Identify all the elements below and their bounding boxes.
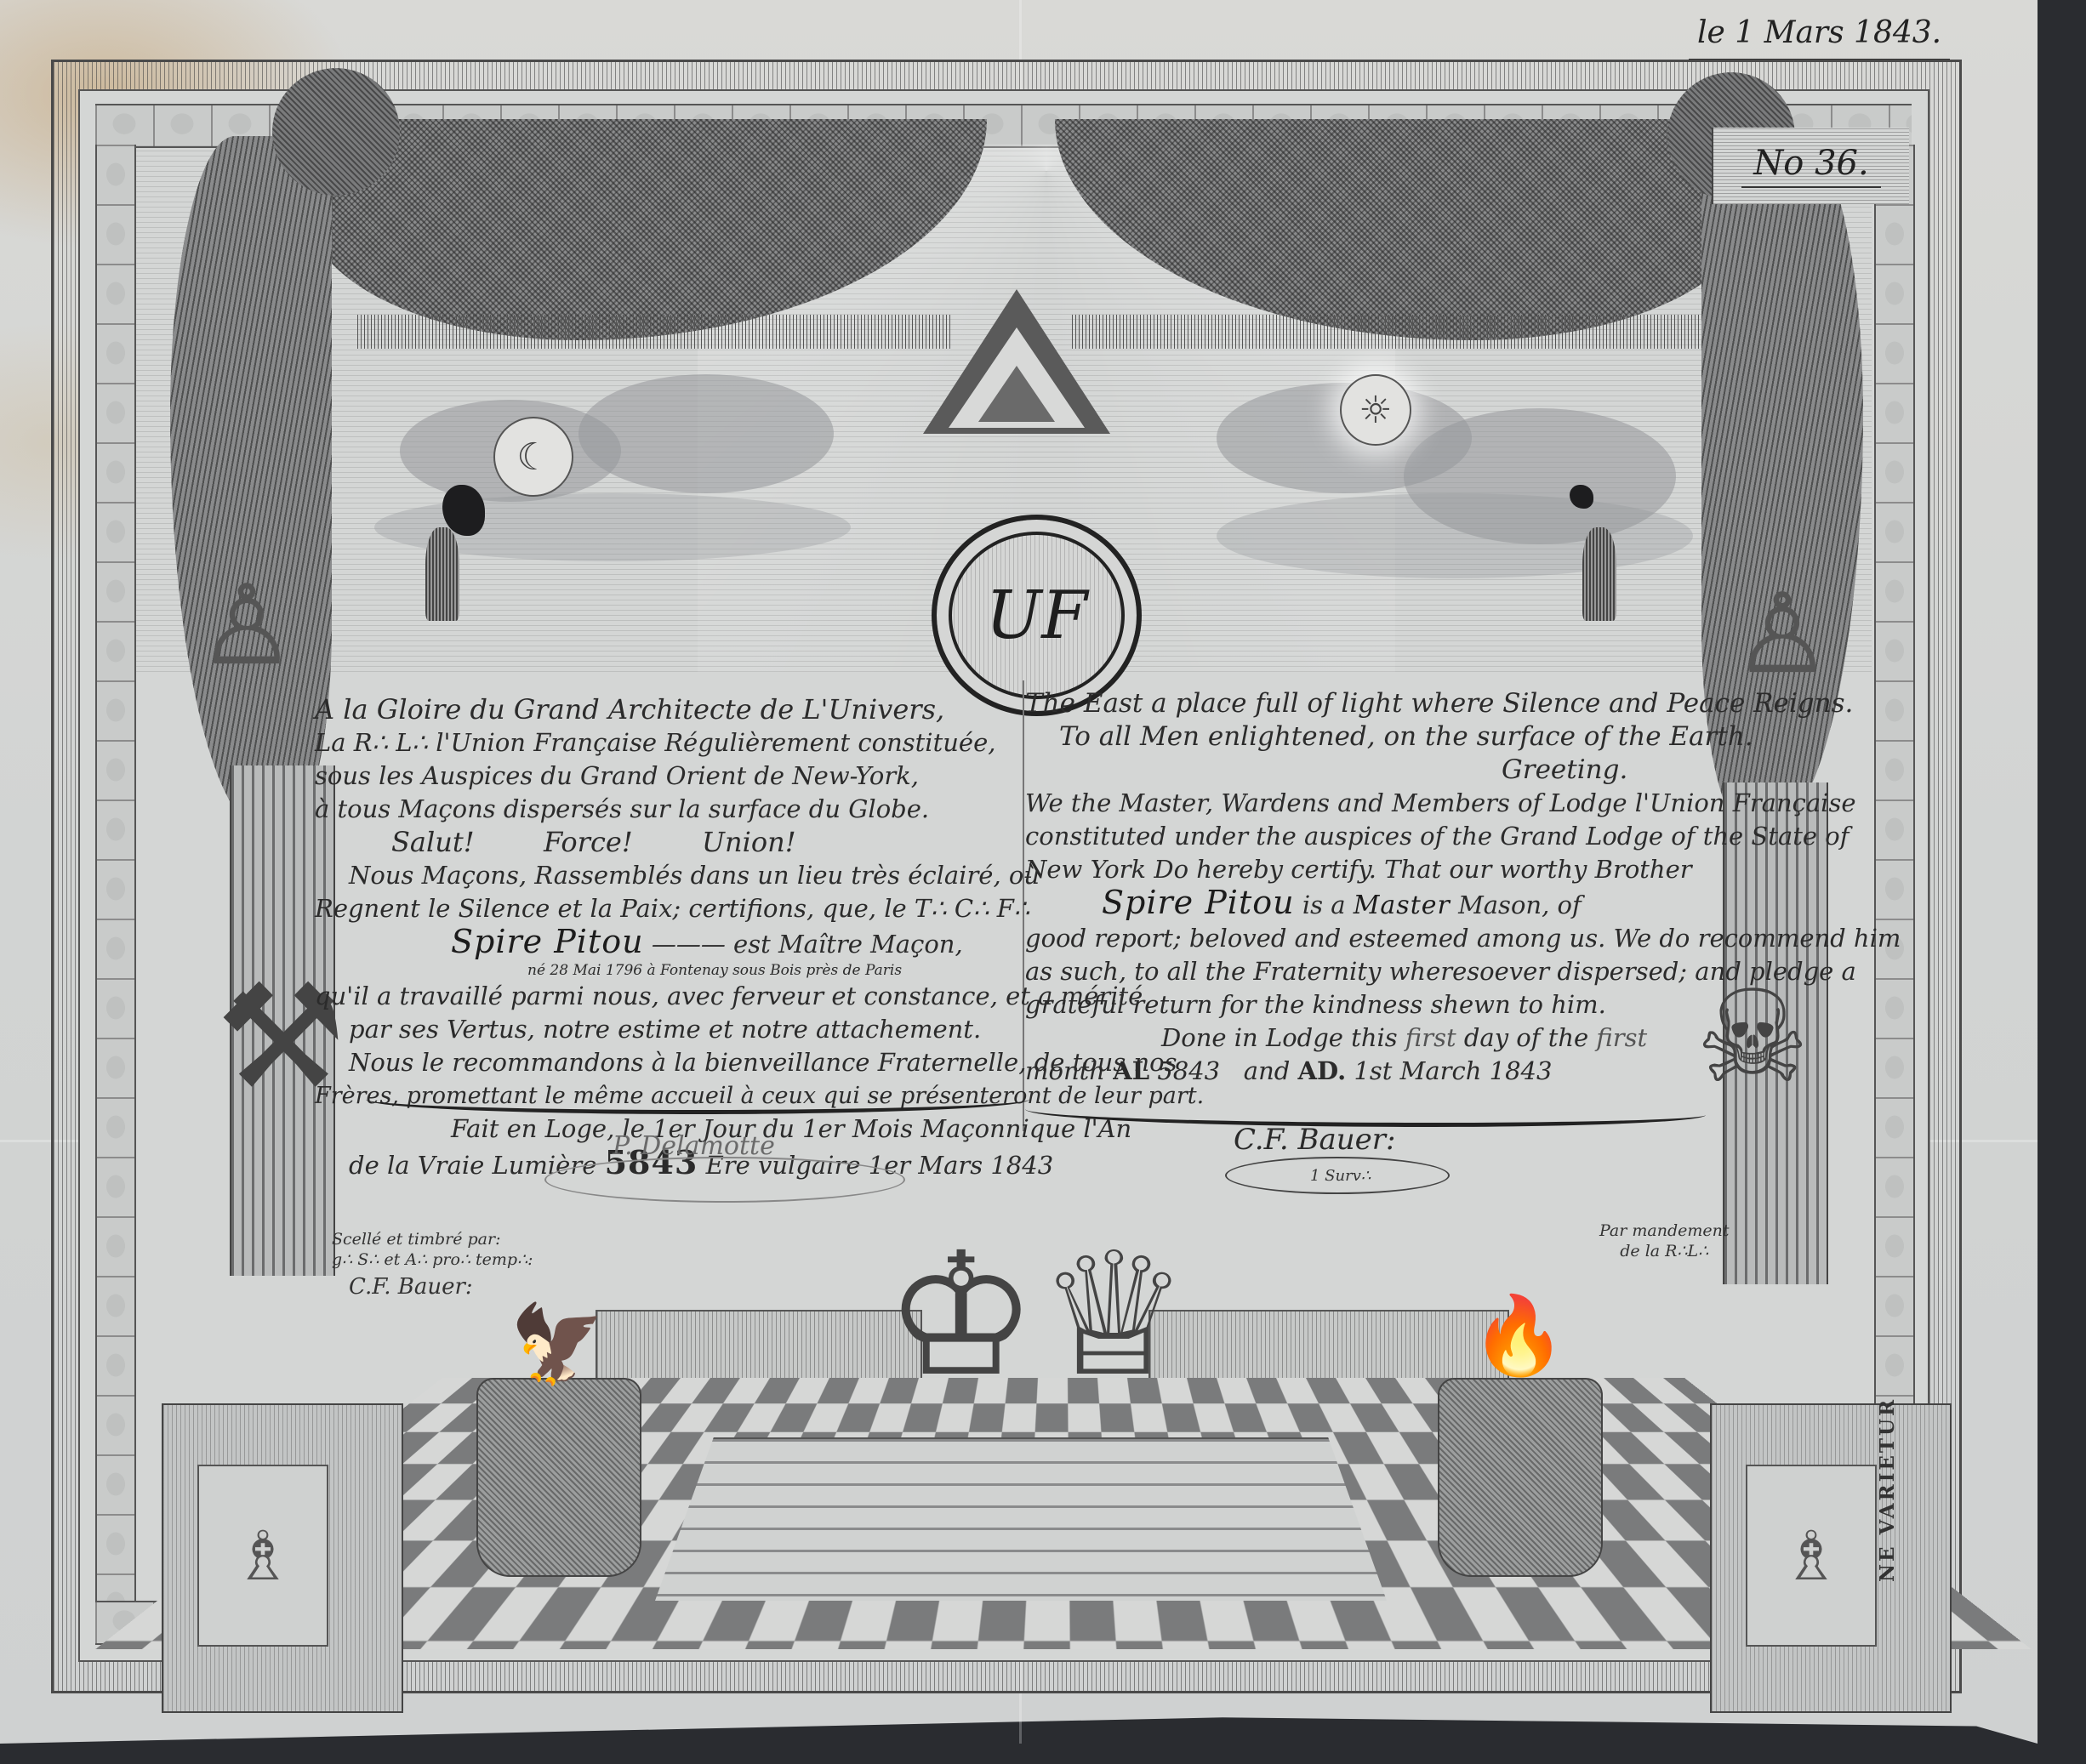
sealed-stamped-note: Scellé et timbré par: g∴ S∴ et A∴ pro∴ t… [332, 1229, 533, 1304]
en-done-day: first [1405, 1023, 1456, 1052]
certificate-number: No 36. [1741, 144, 1880, 188]
fr-name-dash: ——— [652, 930, 726, 959]
flame-icon: 🔥 [1421, 1284, 1616, 1386]
fr-swash-underline [366, 1084, 1029, 1114]
sun-glyph: ☼ [1359, 389, 1392, 432]
signature-bauer: C.F. Bauer: [1234, 1123, 1396, 1157]
en-body-3: New York Do hereby certify. That our wor… [1025, 853, 1740, 886]
fr-line-2: La R∴ L∴ l'Union Française Régulièrement… [315, 726, 1021, 760]
seated-figure-right-glyph: ♗ [1781, 1516, 1842, 1596]
signature-flourish-left [544, 1157, 905, 1203]
seal-note-line-1: Scellé et timbré par: [332, 1229, 533, 1249]
egg-and-dart-border-left [95, 145, 136, 1601]
statue-left-glyph: ♙ [197, 560, 297, 690]
drape-knot-left [272, 68, 400, 196]
en-line-2: To all Men enlightened, on the surface o… [1025, 720, 1740, 754]
mandate-line-2: de la R∴L∴ [1599, 1241, 1730, 1261]
fringe-right [1072, 315, 1701, 349]
en-connector: is a [1302, 891, 1346, 919]
fr-line-8: qu'il a travaillé parmi nous, avec ferve… [315, 980, 1021, 1013]
delta-triangle-core [978, 366, 1055, 422]
egg-and-dart-border-right [1874, 145, 1915, 1601]
certificate-number-box: No 36. [1712, 128, 1909, 204]
eagle-glyph: 🦅 [510, 1300, 605, 1389]
pedestal-panel-right: ♗ [1746, 1465, 1877, 1647]
seal-note-signature: C.F. Bauer: [332, 1270, 533, 1304]
eagle-icon: 🦅 [459, 1293, 655, 1395]
king-figure-glyph: ♔ [885, 1216, 1037, 1446]
flame-altar-right [1438, 1378, 1603, 1577]
en-brother-name: Spire Pitou [1102, 884, 1295, 921]
signature-title: 1 Surv∴ [1310, 1167, 1371, 1185]
en-body-5: as such, to all the Fraternity wheresoev… [1025, 955, 1740, 988]
cloud-band-right [1217, 493, 1693, 578]
mandate-line-1: Par mandement [1599, 1221, 1730, 1241]
crowned-figures-icon: ♔ ♕ [885, 1216, 1166, 1446]
queen-figure-glyph: ♕ [1037, 1216, 1189, 1446]
tassel-right-icon [1582, 527, 1616, 621]
seal-monogram: UF [986, 578, 1088, 654]
english-certificate-text: The East a place full of light where Sil… [1025, 687, 1740, 1088]
pedestal-left: ♗ [162, 1403, 403, 1713]
sun-face-icon: ☼ [1340, 374, 1411, 446]
en-ad-date: 1st March 1843 [1354, 1056, 1552, 1085]
en-rank: Master [1354, 891, 1451, 920]
en-date-prefix: month [1025, 1056, 1105, 1085]
fr-line-10: Nous le recommandons à la bienveillance … [315, 1046, 1021, 1079]
en-name-line: Spire Pitou is a Master Mason, of [1025, 886, 1740, 922]
cloud-left-2 [578, 374, 834, 493]
seal-note-line-2: g∴ S∴ et A∴ pro∴ temp∴: [332, 1249, 533, 1270]
eagle-altar-left [476, 1378, 641, 1577]
motto-ne-varietur: NE VARIETUR [1876, 1397, 1899, 1582]
en-done-middle: day of the [1464, 1023, 1588, 1052]
fr-rank: est Maître Maçon, [733, 930, 963, 959]
en-rank-suffix: Mason, of [1458, 891, 1582, 919]
fr-name-line: Spire Pitou ——— est Maître Maçon, [315, 925, 1021, 961]
fr-line-9: par ses Vertus, notre estime et notre at… [315, 1013, 1021, 1046]
statue-right-glyph: ♙ [1733, 569, 1832, 698]
en-ad-label: AD. [1298, 1056, 1347, 1085]
en-and: and [1244, 1056, 1291, 1085]
en-greeting: Greeting. [1025, 754, 1740, 787]
pedestal-right: ♗ [1710, 1403, 1952, 1713]
fr-birth-note: né 28 Mai 1796 à Fontenay sous Bois près… [315, 961, 1021, 980]
moon-glyph: ☾ [516, 435, 550, 479]
en-body-4: good report; beloved and esteemed among … [1025, 922, 1740, 955]
en-body-1: We the Master, Wardens and Members of Lo… [1025, 787, 1740, 820]
fr-line-salut: Salut! Force! Union! [315, 826, 1021, 859]
en-line-1: The East a place full of light where Sil… [1025, 687, 1740, 720]
pedestal-panel-left: ♗ [197, 1465, 328, 1647]
en-date-line: month AL 5843 and AD. 1st March 1843 [1025, 1055, 1740, 1088]
en-done-line: Done in Lodge this first day of the firs… [1025, 1021, 1740, 1055]
en-al-label: AL [1113, 1056, 1149, 1085]
en-done-month: first [1596, 1023, 1647, 1052]
fr-line-3: sous les Auspices du Grand Orient de New… [315, 760, 1021, 793]
mandate-note: Par mandement de la R∴L∴ [1599, 1221, 1730, 1261]
fr-brother-name: Spire Pitou [451, 923, 644, 960]
fr-line-6: Nous Maçons, Rassemblés dans un lieu trè… [315, 859, 1021, 892]
tassel-left-icon [425, 527, 459, 621]
en-body-6: grateful return for the kindness shewn t… [1025, 988, 1740, 1021]
fr-line-7: Regnent le Silence et la Paix; certifion… [315, 892, 1021, 925]
statue-left-icon: ♙ [183, 485, 311, 765]
flame-glyph: 🔥 [1471, 1291, 1566, 1380]
temple-stairs [655, 1437, 1387, 1601]
fringe-left [357, 315, 953, 349]
monogram-seal-icon: UF [932, 515, 1142, 716]
fr-line-1: A la Gloire du Grand Architecte de L'Uni… [315, 693, 1021, 726]
handwritten-date: le 1 Mars 1843. [1689, 15, 1950, 60]
en-body-2: constituted under the auspices of the Gr… [1025, 820, 1740, 853]
seated-figure-left-glyph: ♗ [232, 1516, 294, 1596]
moon-face-icon: ☾ [493, 417, 573, 497]
en-al-year: 5843 [1157, 1056, 1220, 1085]
fr-line-4: à tous Maçons dispersés sur la surface d… [315, 793, 1021, 826]
en-done-prefix: Done in Lodge this [1161, 1023, 1398, 1052]
